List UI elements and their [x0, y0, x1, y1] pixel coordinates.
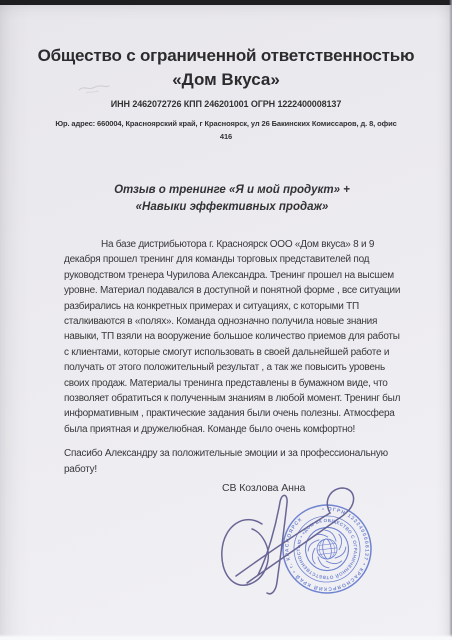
scanned-letter-page: Общество с ограниченной ответственностью… — [0, 0, 452, 640]
document-title-text: Отзыв о тренинге «Я и мой продукт» + «На… — [94, 182, 370, 216]
legal-address: Юр. адрес: 660004, Красноярский край, г … — [50, 117, 402, 143]
document-title: Отзыв о тренинге «Я и мой продукт» + «На… — [66, 182, 398, 216]
scan-edge-bottom — [0, 634, 452, 640]
letter-body: На базе дистрибьютора г. Красноярск ООО … — [64, 237, 404, 477]
thanks-paragraph: Спасибо Александру за положительные эмоц… — [64, 446, 404, 477]
org-name-line1: Общество с ограниченной ответственностью — [0, 46, 452, 66]
body-paragraph: На базе дистрибьютора г. Красноярск ООО … — [64, 237, 404, 437]
letterhead: Общество с ограниченной ответственностью… — [0, 46, 452, 143]
handwritten-signature — [214, 477, 404, 617]
scan-edge-top — [0, 0, 452, 5]
registration-numbers: ИНН 2462072726 КПП 246201001 ОГРН 122240… — [0, 99, 452, 110]
org-name-line2: «Дом Вкуса» — [0, 70, 452, 90]
